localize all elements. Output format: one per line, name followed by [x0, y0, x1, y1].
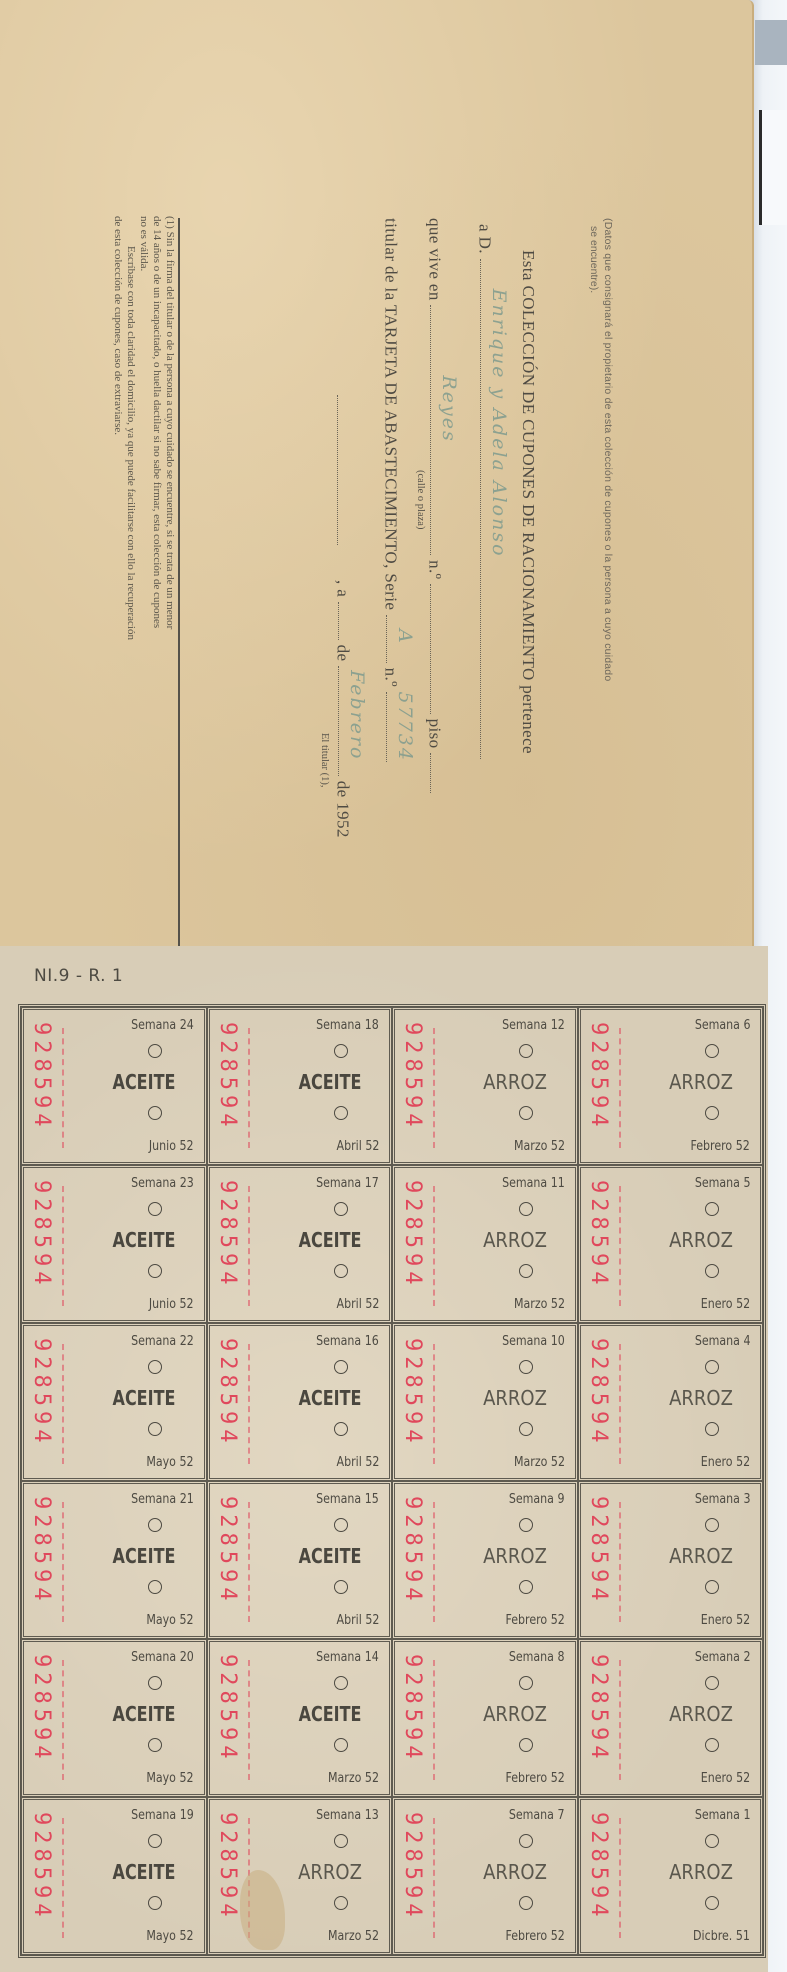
coupon-serial: 928594 [400, 1496, 425, 1605]
punch-circle-icon [334, 1044, 348, 1058]
series-handwriting: A [394, 629, 416, 645]
coupon-serial: 928594 [586, 1022, 611, 1131]
coupon-product: ACEITE [99, 1544, 189, 1568]
coupon-month: Febrero 52 [505, 1613, 564, 1628]
punch-circle-icon [334, 1106, 348, 1120]
address-label: que vive en [426, 218, 445, 301]
punch-circle-icon [705, 1738, 719, 1752]
coupon-semana-20[interactable]: 928594 Semana 20 ACEITE Mayo 52 [21, 1639, 207, 1797]
punch-circle-icon [705, 1422, 719, 1436]
coupon-semana-16[interactable]: 928594 Semana 16 ACEITE Abril 52 [207, 1323, 393, 1481]
coupon-serial: 928594 [29, 1338, 54, 1447]
punch-circle-icon [519, 1518, 533, 1532]
signature-label-text: El titular (1), [319, 733, 330, 788]
street-caption-text: (calle o plaza) [415, 470, 426, 529]
coupon-month: Abril 52 [336, 1613, 379, 1628]
coupon-month: Febrero 52 [505, 1771, 564, 1786]
coupon-month: Febrero 52 [505, 1929, 564, 1944]
card-number-label: n.º [382, 668, 401, 687]
perforation [433, 1186, 435, 1306]
coupon-week: Semana 6 [694, 1018, 750, 1033]
perforation [619, 1028, 621, 1148]
perforation [62, 1818, 64, 1938]
punch-circle-icon [334, 1738, 348, 1752]
punch-circle-icon [148, 1422, 162, 1436]
coupon-week: Semana 5 [694, 1176, 750, 1191]
ownership-line: Esta COLECCIÓN DE CUPONES DE RACIONAMIEN… [518, 250, 538, 754]
coupon-week: Semana 9 [509, 1492, 565, 1507]
coupon-week: Semana 11 [502, 1176, 565, 1191]
coupon-semana-12[interactable]: 928594 Semana 12 ARROZ Marzo 52 [392, 1007, 578, 1165]
coupon-week: Semana 15 [316, 1492, 379, 1507]
owner-name-line: a D. Enrique y Adela Alonso [475, 224, 496, 759]
coupon-semana-13[interactable]: 928594 Semana 13 ARROZ Marzo 52 [207, 1797, 393, 1955]
punch-circle-icon [705, 1044, 719, 1058]
coupon-serial: 928594 [586, 1180, 611, 1289]
coupon-week: Semana 23 [131, 1176, 194, 1191]
punch-circle-icon [705, 1202, 719, 1216]
perforation [62, 1186, 64, 1306]
punch-circle-icon [519, 1676, 533, 1690]
owner-notice: (Datos que consignará el propietario de … [602, 218, 614, 681]
punch-circle-icon [705, 1834, 719, 1848]
footnote-divider [178, 218, 180, 946]
punch-circle-icon [148, 1264, 162, 1278]
perforation [62, 1660, 64, 1780]
coupon-grid: 928594 Semana 24 ACEITE Junio 52 928594 … [18, 1004, 766, 1958]
perforation [248, 1502, 250, 1622]
owner-notice-cont: se encuentre). [588, 226, 600, 293]
coupon-semana-11[interactable]: 928594 Semana 11 ARROZ Marzo 52 [392, 1165, 578, 1323]
paper-stain [240, 1870, 285, 1950]
coupon-product: ACEITE [99, 1070, 189, 1094]
coupon-product: ACEITE [99, 1228, 189, 1252]
coupon-week: Semana 17 [316, 1176, 379, 1191]
punch-circle-icon [519, 1422, 533, 1436]
punch-circle-icon [334, 1834, 348, 1848]
scanner-backdrop-bar [755, 20, 787, 65]
punch-circle-icon [705, 1580, 719, 1594]
punch-circle-icon [519, 1580, 533, 1594]
owner-notice-cont-text: se encuentre). [588, 226, 600, 293]
owner-notice-text: (Datos que consignará el propietario de … [602, 218, 614, 681]
punch-circle-icon [705, 1360, 719, 1374]
footnote-line: no es válida. [137, 216, 150, 640]
owner-name-field[interactable]: Enrique y Adela Alonso [480, 259, 496, 759]
street-field[interactable]: Reyes [430, 305, 446, 555]
punch-circle-icon [519, 1834, 533, 1848]
coupon-serial: 928594 [29, 1812, 54, 1921]
coupon-serial: 928594 [400, 1180, 425, 1289]
punch-circle-icon [148, 1202, 162, 1216]
coupon-product: ARROZ [279, 1860, 380, 1884]
coupon-serial: 928594 [215, 1812, 240, 1921]
coupon-serial: 928594 [215, 1654, 240, 1763]
punch-circle-icon [334, 1518, 348, 1532]
coupon-month: Mayo 52 [146, 1455, 193, 1470]
coupon-week: Semana 4 [694, 1334, 750, 1349]
coupon-semana-18[interactable]: 928594 Semana 18 ACEITE Abril 52 [207, 1007, 393, 1165]
punch-circle-icon [519, 1738, 533, 1752]
coupon-semana-2[interactable]: 928594 Semana 2 ARROZ Enero 52 [578, 1639, 764, 1797]
coupon-semana-1[interactable]: 928594 Semana 1 ARROZ Dicbre. 51 [578, 1797, 764, 1955]
coupon-month: Marzo 52 [514, 1139, 565, 1154]
perforation [248, 1660, 250, 1780]
punch-circle-icon [705, 1676, 719, 1690]
date-of-label: de [334, 645, 353, 662]
coupon-month: Marzo 52 [514, 1297, 565, 1312]
coupon-product: ARROZ [650, 1386, 751, 1410]
coupon-week: Semana 2 [694, 1650, 750, 1665]
sheet-code: NI.9 - R. 1 [34, 966, 123, 986]
coupon-product: ARROZ [650, 1702, 751, 1726]
coupon-semana-22[interactable]: 928594 Semana 22 ACEITE Mayo 52 [21, 1323, 207, 1481]
number-label: n.º [426, 560, 445, 579]
coupon-month: Enero 52 [701, 1771, 750, 1786]
date-line: , a de Febrero de 1952 [333, 580, 354, 838]
coupon-semana-17[interactable]: 928594 Semana 17 ACEITE Abril 52 [207, 1165, 393, 1323]
floor-label: piso [426, 719, 445, 749]
coupon-sheet: NI.9 - R. 1 928594 Semana 24 ACEITE Juni… [0, 946, 768, 1972]
coupon-week: Semana 18 [316, 1018, 379, 1033]
coupon-month: Abril 52 [336, 1455, 379, 1470]
footnote-line: Escríbase con toda claridad el domicilio… [124, 216, 137, 640]
perforation [248, 1344, 250, 1464]
coupon-product: ARROZ [465, 1860, 566, 1884]
punch-circle-icon [705, 1896, 719, 1910]
ration-card-line: titular de la TARJETA DE ABASTECIMIENTO,… [381, 218, 402, 762]
street-caption: (calle o plaza) [415, 470, 426, 529]
perforation [619, 1660, 621, 1780]
punch-circle-icon [519, 1044, 533, 1058]
perforation [433, 1028, 435, 1148]
card-number-field[interactable]: 57734 [386, 692, 402, 762]
perforation [619, 1186, 621, 1306]
punch-circle-icon [519, 1264, 533, 1278]
coupon-month: Marzo 52 [328, 1771, 379, 1786]
coupon-week: Semana 1 [694, 1808, 750, 1823]
coupon-product: ACEITE [285, 1228, 375, 1252]
coupon-serial: 928594 [400, 1654, 425, 1763]
month-field[interactable]: Febrero [338, 666, 354, 776]
coupon-serial: 928594 [400, 1022, 425, 1131]
punch-circle-icon [148, 1044, 162, 1058]
punch-circle-icon [519, 1896, 533, 1910]
coupon-week: Semana 22 [131, 1334, 194, 1349]
coupon-product: ACEITE [285, 1070, 375, 1094]
coupon-product: ARROZ [465, 1386, 566, 1410]
punch-circle-icon [334, 1360, 348, 1374]
coupon-week: Semana 3 [694, 1492, 750, 1507]
coupon-serial: 928594 [29, 1180, 54, 1289]
footnote-line: de esta colección de cupones, caso de ex… [111, 216, 124, 640]
coupon-semana-6[interactable]: 928594 Semana 6 ARROZ Febrero 52 [578, 1007, 764, 1165]
footnote-line: (1) Sin la firma del titular o de la per… [163, 216, 176, 640]
coupon-serial: 928594 [215, 1338, 240, 1447]
coupon-serial: 928594 [586, 1496, 611, 1605]
coupon-week: Semana 10 [502, 1334, 565, 1349]
coupon-serial: 928594 [586, 1812, 611, 1921]
scanner-backdrop-bar [759, 110, 787, 225]
coupon-week: Semana 21 [131, 1492, 194, 1507]
coupon-week: Semana 7 [509, 1808, 565, 1823]
coupon-product: ARROZ [650, 1070, 751, 1094]
date-comma-a: , a [334, 580, 353, 597]
perforation [433, 1660, 435, 1780]
street-handwriting: Reyes [438, 375, 460, 442]
owner-name-handwriting: Enrique y Adela Alonso [488, 289, 510, 558]
ration-card-text: titular de la TARJETA DE ABASTECIMIENTO,… [382, 218, 401, 610]
coupon-week: Semana 24 [131, 1018, 194, 1033]
coupon-month: Junio 52 [149, 1297, 194, 1312]
coupon-semana-5[interactable]: 928594 Semana 5 ARROZ Enero 52 [578, 1165, 764, 1323]
coupon-serial: 928594 [400, 1812, 425, 1921]
coupon-product: ARROZ [465, 1702, 566, 1726]
ownership-text: Esta COLECCIÓN DE CUPONES DE RACIONAMIEN… [519, 250, 538, 754]
coupon-semana-9[interactable]: 928594 Semana 9 ARROZ Febrero 52 [392, 1481, 578, 1639]
perforation [248, 1028, 250, 1148]
coupon-month: Enero 52 [701, 1297, 750, 1312]
coupon-product: ACEITE [285, 1544, 375, 1568]
punch-circle-icon [148, 1580, 162, 1594]
coupon-semana-4[interactable]: 928594 Semana 4 ARROZ Enero 52 [578, 1323, 764, 1481]
coupon-week: Semana 19 [131, 1808, 194, 1823]
series-field[interactable]: A [386, 615, 402, 663]
coupon-month: Mayo 52 [146, 1929, 193, 1944]
coupon-semana-19[interactable]: 928594 Semana 19 ACEITE Mayo 52 [21, 1797, 207, 1955]
coupon-product: ARROZ [650, 1544, 751, 1568]
punch-circle-icon [148, 1360, 162, 1374]
perforation [619, 1818, 621, 1938]
place-field[interactable] [337, 395, 338, 545]
coupon-week: Semana 13 [316, 1808, 379, 1823]
signature-label: El titular (1), [319, 733, 330, 788]
date-year: de 1952 [334, 781, 353, 838]
punch-circle-icon [334, 1422, 348, 1436]
coupon-serial: 928594 [29, 1022, 54, 1131]
coupon-semana-15[interactable]: 928594 Semana 15 ACEITE Abril 52 [207, 1481, 393, 1639]
coupon-month: Abril 52 [336, 1139, 379, 1154]
perforation [433, 1344, 435, 1464]
punch-circle-icon [148, 1896, 162, 1910]
punch-circle-icon [148, 1738, 162, 1752]
coupon-month: Marzo 52 [514, 1455, 565, 1470]
coupon-serial: 928594 [586, 1654, 611, 1763]
perforation [433, 1818, 435, 1938]
coupon-product: ACEITE [99, 1860, 189, 1884]
punch-circle-icon [519, 1202, 533, 1216]
coupon-month: Mayo 52 [146, 1771, 193, 1786]
coupon-semana-3[interactable]: 928594 Semana 3 ARROZ Enero 52 [578, 1481, 764, 1639]
punch-circle-icon [334, 1896, 348, 1910]
coupon-month: Abril 52 [336, 1297, 379, 1312]
coupon-week: Semana 8 [509, 1650, 565, 1665]
card-number-handwriting: 57734 [394, 692, 416, 762]
coupon-semana-8[interactable]: 928594 Semana 8 ARROZ Febrero 52 [392, 1639, 578, 1797]
address-line: que vive en Reyes n.º piso [425, 218, 446, 793]
coupon-serial: 928594 [29, 1496, 54, 1605]
coupon-product: ARROZ [650, 1860, 751, 1884]
perforation [433, 1502, 435, 1622]
coupon-semana-23[interactable]: 928594 Semana 23 ACEITE Junio 52 [21, 1165, 207, 1323]
coupon-product: ARROZ [465, 1070, 566, 1094]
coupon-product: ARROZ [465, 1544, 566, 1568]
punch-circle-icon [519, 1360, 533, 1374]
punch-circle-icon [705, 1264, 719, 1278]
coupon-month: Marzo 52 [328, 1929, 379, 1944]
punch-circle-icon [334, 1676, 348, 1690]
coupon-semana-21[interactable]: 928594 Semana 21 ACEITE Mayo 52 [21, 1481, 207, 1639]
perforation [62, 1028, 64, 1148]
coupon-serial: 928594 [586, 1338, 611, 1447]
coupon-semana-14[interactable]: 928594 Semana 14 ACEITE Marzo 52 [207, 1639, 393, 1797]
month-handwriting: Febrero [346, 670, 368, 760]
footnote-line: de 14 años o de un incapacitado, o huell… [150, 216, 163, 640]
floor-field[interactable] [430, 753, 446, 793]
punch-circle-icon [705, 1518, 719, 1532]
coupon-semana-24[interactable]: 928594 Semana 24 ACEITE Junio 52 [21, 1007, 207, 1165]
punch-circle-icon [148, 1676, 162, 1690]
coupon-semana-7[interactable]: 928594 Semana 7 ARROZ Febrero 52 [392, 1797, 578, 1955]
footnote: (1) Sin la firma del titular o de la per… [111, 216, 176, 640]
perforation [62, 1344, 64, 1464]
coupon-serial: 928594 [400, 1338, 425, 1447]
coupon-product: ARROZ [650, 1228, 751, 1252]
coupon-product: ACEITE [99, 1386, 189, 1410]
coupon-serial: 928594 [215, 1180, 240, 1289]
punch-circle-icon [334, 1202, 348, 1216]
perforation [619, 1344, 621, 1464]
coupon-serial: 928594 [215, 1022, 240, 1131]
coupon-week: Semana 12 [502, 1018, 565, 1033]
perforation [619, 1502, 621, 1622]
booklet-front-page: (Datos que consignará el propietario de … [0, 0, 754, 990]
perforation [62, 1502, 64, 1622]
house-number-field[interactable] [430, 584, 446, 714]
punch-circle-icon [334, 1580, 348, 1594]
coupon-product: ACEITE [285, 1386, 375, 1410]
coupon-product: ARROZ [465, 1228, 566, 1252]
coupon-month: Enero 52 [701, 1613, 750, 1628]
coupon-week: Semana 20 [131, 1650, 194, 1665]
coupon-month: Enero 52 [701, 1455, 750, 1470]
punch-circle-icon [148, 1106, 162, 1120]
punch-circle-icon [148, 1518, 162, 1532]
coupon-product: ACEITE [99, 1702, 189, 1726]
punch-circle-icon [334, 1264, 348, 1278]
punch-circle-icon [148, 1834, 162, 1848]
coupon-semana-10[interactable]: 928594 Semana 10 ARROZ Marzo 52 [392, 1323, 578, 1481]
coupon-product: ACEITE [285, 1702, 375, 1726]
coupon-month: Junio 52 [149, 1139, 194, 1154]
coupon-serial: 928594 [29, 1654, 54, 1763]
coupon-month: Dicbre. 51 [693, 1929, 750, 1944]
owner-name-label: a D. [476, 224, 495, 254]
day-field[interactable] [338, 602, 354, 640]
coupon-week: Semana 14 [316, 1650, 379, 1665]
coupon-serial: 928594 [215, 1496, 240, 1605]
coupon-month: Febrero 52 [691, 1139, 750, 1154]
punch-circle-icon [705, 1106, 719, 1120]
coupon-week: Semana 16 [316, 1334, 379, 1349]
punch-circle-icon [519, 1106, 533, 1120]
perforation [248, 1186, 250, 1306]
coupon-month: Mayo 52 [146, 1613, 193, 1628]
